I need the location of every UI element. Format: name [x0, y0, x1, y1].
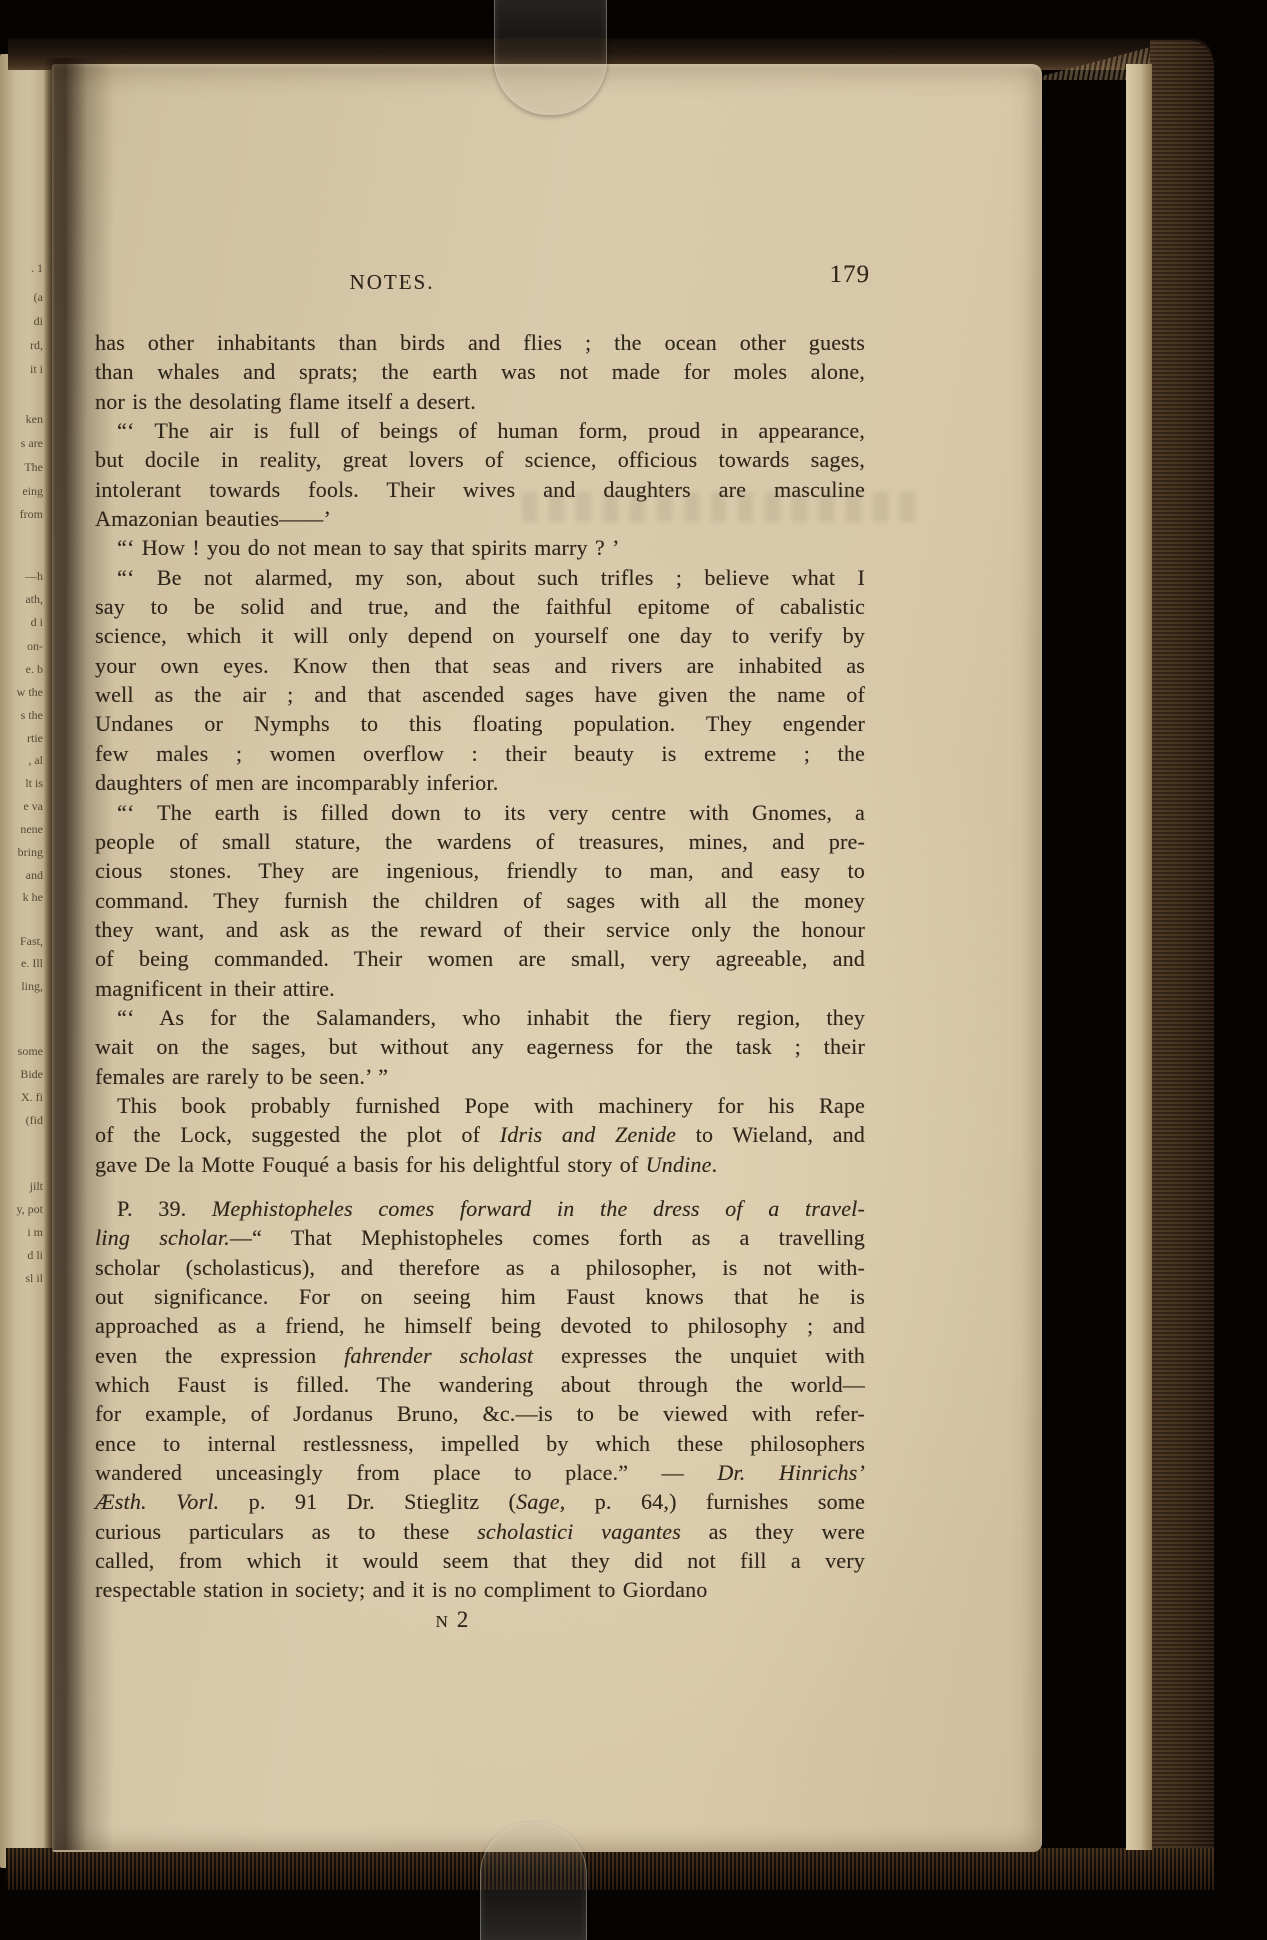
text-line: even the expression fahrender scholast e…	[95, 1341, 865, 1370]
signature-mark: N2	[95, 1605, 865, 1635]
top-holder-strap	[494, 0, 607, 115]
page-bleed-fragment: , al	[28, 753, 43, 767]
text-line: but docile in reality, great lovers of s…	[95, 445, 865, 474]
text-line: for example, of Jordanus Bruno, &c.—is t…	[95, 1399, 865, 1428]
page-bleed-fragment: e va	[23, 799, 43, 813]
page-bleed-fragment: e. b	[26, 662, 43, 676]
text-line: people of small stature, the wardens of …	[95, 827, 865, 856]
text-line: ling scholar.—“ That Mephistopheles come…	[95, 1223, 865, 1252]
text-line: “‘ The air is full of beings of human fo…	[95, 416, 865, 445]
text-line: Æsth. Vorl. p. 91 Dr. Stieglitz (Sage, p…	[95, 1487, 865, 1516]
page-stack-fore-edge	[1040, 64, 1152, 1850]
text-line: of being commanded. Their women are smal…	[95, 944, 865, 973]
signature-numeral: 2	[457, 1607, 469, 1632]
page-bleed-fragment: The	[24, 460, 43, 474]
page-bleed-fragment: lt is	[25, 776, 43, 790]
text-line: nor is the desolating flame itself a des…	[95, 387, 865, 416]
text-line: curious particulars as to these scholast…	[95, 1517, 865, 1546]
text-line: command. They furnish the children of sa…	[95, 886, 865, 915]
page-bleed-fragment: y, pot	[16, 1202, 43, 1216]
text-line: cious stones. They are ingenious, friend…	[95, 856, 865, 885]
book-cover-right	[1150, 40, 1214, 1886]
page-bleed-fragment: ath,	[25, 592, 43, 606]
text-line: respectable station in society; and it i…	[95, 1575, 865, 1604]
page-bleed-fragment: bring	[18, 845, 43, 859]
page-bleed-fragment: Fast,	[20, 934, 43, 948]
paragraph: has other inhabitants than birds and fli…	[95, 328, 865, 416]
text-line: gave De la Motte Fouqué a basis for his …	[95, 1150, 865, 1179]
page-bleed-fragment: rtie	[27, 731, 43, 745]
text-line: science, which it will only depend on yo…	[95, 621, 865, 650]
text-line: say to be solid and true, and the faithf…	[95, 592, 865, 621]
page-bleed-fragment: i m	[27, 1225, 43, 1239]
page-bleed-fragment: d i	[31, 615, 43, 629]
page-bleed-fragment: ling,	[21, 979, 43, 993]
book-bottom-edge	[6, 1848, 1214, 1890]
paragraph: This book probably furnished Pope with m…	[95, 1091, 865, 1179]
page-bleed-fragment: (fid	[26, 1113, 43, 1127]
paragraph: “‘ The earth is filled down to its very …	[95, 798, 865, 1003]
text-line: your own eyes. Know then that seas and r…	[95, 651, 865, 680]
page-bleed-fragment: d li	[27, 1248, 43, 1262]
text-line: few males ; women overflow : their beaut…	[95, 739, 865, 768]
page-bleed-fragment: k he	[23, 890, 43, 904]
text-line: ence to internal restlessness, impelled …	[95, 1429, 865, 1458]
page-bleed-fragment: s the	[21, 708, 43, 722]
text-line: “‘ Be not alarmed, my son, about such tr…	[95, 563, 865, 592]
text-line: has other inhabitants than birds and fli…	[95, 328, 865, 357]
page-bleed-fragment: X. fi	[21, 1090, 43, 1104]
page-bleed-fragment: eing	[22, 484, 43, 498]
text-line: approached as a friend, he himself being…	[95, 1311, 865, 1340]
page-bleed-fragment: Bide	[20, 1067, 43, 1081]
page-bleed-fragment: sl il	[25, 1271, 43, 1285]
bottom-holder-strap	[480, 1822, 587, 1940]
page-bleed-fragment: rd,	[30, 338, 43, 352]
page-bleed-fragment: and	[26, 868, 43, 882]
page-bleed-fragment: from	[20, 507, 43, 521]
page-bleed-fragment: jilt	[30, 1179, 43, 1193]
text-line: out significance. For on seeing him Faus…	[95, 1282, 865, 1311]
text-line: which Faust is filled. The wandering abo…	[95, 1370, 865, 1399]
page-bleed-fragment: e. Ill	[21, 956, 43, 970]
page-bleed-fragment: di	[34, 314, 43, 328]
page-bleed-fragment: some	[18, 1044, 43, 1058]
text-line: scholar (scholasticus), and therefore as…	[95, 1253, 865, 1282]
page-bleed-fragment: nene	[20, 822, 43, 836]
text-line: of the Lock, suggested the plot of Idris…	[95, 1120, 865, 1149]
page-bleed-fragment: w the	[17, 685, 43, 699]
paragraph: “‘ The air is full of beings of human fo…	[95, 416, 865, 533]
text-line: intolerant towards fools. Their wives an…	[95, 475, 865, 504]
text-line: wait on the sages, but without any eager…	[95, 1032, 865, 1061]
facing-page-sliver: . 1(adird,it ikens areTheeingfrom—hath,d…	[0, 54, 52, 1868]
text-line: Amazonian beauties——’	[95, 504, 865, 533]
text-line: “‘ As for the Salamanders, who inhabit t…	[95, 1003, 865, 1032]
paragraph: “‘ As for the Salamanders, who inhabit t…	[95, 1003, 865, 1091]
book-page: NOTES. 179 has other inhabitants than bi…	[52, 64, 1042, 1852]
page-bleed-fragment: —h	[25, 569, 43, 583]
text-line: This book probably furnished Pope with m…	[95, 1091, 865, 1120]
photo-of-book-page: { "colors": { "background": "#050403", "…	[0, 0, 1267, 1940]
fore-edge-outer-band	[1126, 64, 1152, 1850]
paragraph: “‘ Be not alarmed, my son, about such tr…	[95, 563, 865, 798]
paragraph: P. 39. Mephistopheles comes forward in t…	[95, 1194, 865, 1605]
paragraph: “‘ How ! you do not mean to say that spi…	[95, 533, 865, 562]
page-bleed-fragment: ken	[26, 412, 43, 426]
page-bleed-fragment: . 1	[31, 261, 43, 275]
text-line: well as the air ; and that ascended sage…	[95, 680, 865, 709]
signature-letter: N	[436, 1612, 449, 1631]
text-line: called, from which it would seem that th…	[95, 1546, 865, 1575]
text-line: “‘ How ! you do not mean to say that spi…	[95, 533, 865, 562]
text-line: P. 39. Mephistopheles comes forward in t…	[95, 1194, 865, 1223]
page-bleed-fragment: (a	[34, 290, 43, 304]
text-line: females are rarely to be seen.’ ”	[95, 1062, 865, 1091]
text-line: “‘ The earth is filled down to its very …	[95, 798, 865, 827]
text-line: than whales and sprats; the earth was no…	[95, 357, 865, 386]
text-line: daughters of men are incomparably inferi…	[95, 768, 865, 797]
page-number: 179	[800, 261, 870, 289]
text-line: magnificent in their attire.	[95, 974, 865, 1003]
page-bleed-fragment: it i	[30, 362, 43, 376]
body-text: has other inhabitants than birds and fli…	[95, 328, 865, 1635]
text-line: wandered unceasingly from place to place…	[95, 1458, 865, 1487]
page-bleed-fragment: on-	[27, 639, 43, 653]
text-line: they want, and ask as the reward of thei…	[95, 915, 865, 944]
running-head: NOTES.	[302, 270, 482, 295]
text-line: Undanes or Nymphs to this floating popul…	[95, 709, 865, 738]
page-bleed-fragment: s are	[21, 436, 43, 450]
